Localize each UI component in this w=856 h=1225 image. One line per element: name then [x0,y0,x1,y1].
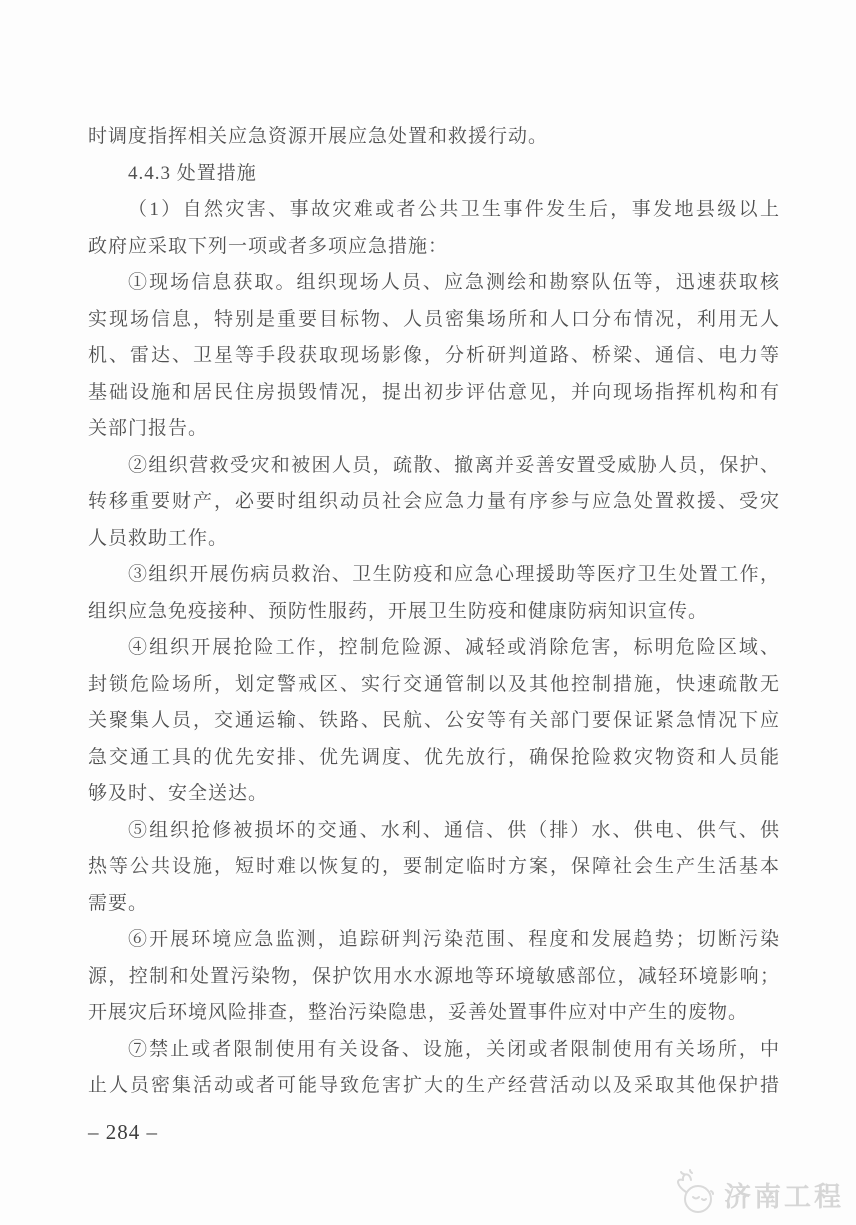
text-line: 人员救助工作。 [88,521,780,558]
text-line: 时调度指挥相关应急资源开展应急处置和救援行动。 [88,119,780,156]
watermark-text: 济南工程 [724,1175,844,1214]
text-line: 封锁危险场所，划定警戒区、实行交通管制以及其他控制措施，快速疏散无 [88,667,780,704]
text-line: ⑤组织抢修被损坏的交通、水利、通信、供（排）水、供电、供气、供 [88,813,780,850]
document-body: 时调度指挥相关应急资源开展应急处置和救援行动。4.4.3 处置措施（1）自然灾害… [88,119,780,1105]
text-line: 组织应急免疫接种、预防性服药，开展卫生防疫和健康防病知识宣传。 [88,594,780,631]
text-line: ③组织开展伤病员救治、卫生防疫和应急心理援助等医疗卫生处置工作， [88,557,780,594]
text-line: ⑦禁止或者限制使用有关设备、设施，关闭或者限制使用有关场所，中 [88,1032,780,1069]
page-number: – 284 – [88,1120,158,1145]
watermark: 济南工程 [668,1168,844,1220]
text-line: ①现场信息获取。组织现场人员、应急测绘和勘察队伍等，迅速获取核 [88,265,780,302]
text-line: 止人员密集活动或者可能导致危害扩大的生产经营活动以及采取其他保护措 [88,1068,780,1105]
text-line: 关聚集人员，交通运输、铁路、民航、公安等有关部门要保证紧急情况下应 [88,703,780,740]
text-line: 基础设施和居民住房损毁情况，提出初步评估意见，并向现场指挥机构和有 [88,375,780,412]
text-line: 急交通工具的优先安排、优先调度、优先放行，确保抢险救灾物资和人员能 [88,740,780,777]
text-line: 转移重要财产，必要时组织动员社会应急力量有序参与应急处置救援、受灾 [88,484,780,521]
text-line: 需要。 [88,886,780,923]
text-line: （1）自然灾害、事故灾难或者公共卫生事件发生后，事发地县级以上 [88,192,780,229]
text-line: 政府应采取下列一项或者多项应急措施： [88,229,780,266]
section-heading-line: 4.4.3 处置措施 [88,156,780,193]
text-line: 关部门报告。 [88,411,780,448]
document-page: 时调度指挥相关应急资源开展应急处置和救援行动。4.4.3 处置措施（1）自然灾害… [0,0,856,1225]
text-line: 实现场信息，特别是重要目标物、人员密集场所和人口分布情况，利用无人 [88,302,780,339]
text-line: 源，控制和处置污染物，保护饮用水水源地等环境敏感部位，减轻环境影响； [88,959,780,996]
text-line: 热等公共设施，短时难以恢复的，要制定临时方案，保障社会生产生活基本 [88,849,780,886]
text-line: 机、雷达、卫星等手段获取现场影像，分析研判道路、桥梁、通信、电力等 [88,338,780,375]
text-line: 够及时、安全送达。 [88,776,780,813]
text-line: ④组织开展抢险工作，控制危险源、减轻或消除危害，标明危险区域、 [88,630,780,667]
text-line: 开展灾后环境风险排查，整治污染隐患，妥善处置事件应对中产生的废物。 [88,995,780,1032]
text-line: ⑥开展环境应急监测，追踪研判污染范围、程度和发展趋势；切断污染 [88,922,780,959]
mascot-logo-icon [668,1168,720,1220]
text-line: ②组织营救受灾和被困人员，疏散、撤离并妥善安置受威胁人员，保护、 [88,448,780,485]
